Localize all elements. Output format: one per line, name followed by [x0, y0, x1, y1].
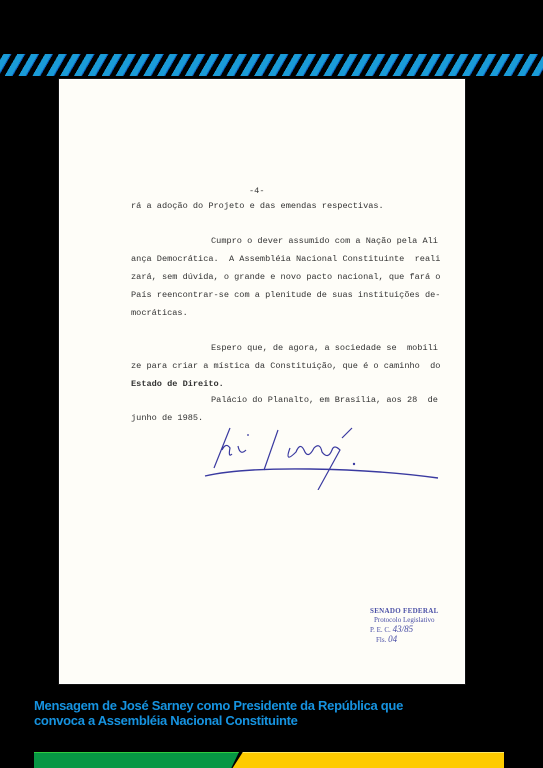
- text-line: Palácio do Planalto, em Brasília, aos 28…: [211, 395, 438, 405]
- text-line: rá a adoção do Projeto e das emendas res…: [131, 201, 384, 211]
- stamp-pec-value: 43/85: [393, 624, 414, 634]
- caption-line-2: convoca a Assembléia Nacional Constituin…: [34, 713, 454, 728]
- text-line: junho de 1985.: [131, 413, 203, 423]
- green-band: [34, 752, 239, 768]
- text-line: País reencontrar-se com a plenitude de s…: [131, 290, 440, 300]
- document-page: -4- rá a adoção do Projeto e das emendas…: [59, 79, 465, 684]
- text-line: Espero que, de agora, a sociedade se mob…: [211, 343, 438, 353]
- text-line: mocráticas.: [131, 308, 188, 318]
- stamp-line1: Protocolo Legislativo: [370, 616, 490, 625]
- text-line: ança Democrática. A Assembléia Nacional …: [131, 254, 440, 264]
- text-line: Cumpro o dever assumido com a Nação pela…: [211, 236, 438, 246]
- stamp-title: SENADO FEDERAL: [370, 607, 490, 616]
- text-line: ze para criar a mística da Constituição,…: [131, 361, 440, 371]
- caption: Mensagem de José Sarney como Presidente …: [34, 698, 454, 728]
- caption-line-1: Mensagem de José Sarney como Presidente …: [34, 698, 454, 713]
- page-number-text: -4-: [249, 186, 264, 196]
- stamp-pec-label: P. E. C.: [370, 626, 391, 634]
- decorative-stripe-band: [0, 54, 543, 76]
- stamp-line3: Fls. 04: [370, 635, 490, 645]
- text-line: zará, sem dúvida, o grande e novo pacto …: [131, 272, 440, 282]
- text-line-bold: Estado de Direito.: [131, 379, 224, 389]
- signature: [200, 420, 440, 490]
- senate-protocol-stamp: SENADO FEDERAL Protocolo Legislativo P. …: [370, 607, 490, 663]
- stamp-fls-value: 04: [388, 634, 397, 644]
- stamp-fls-label: Fls.: [376, 636, 386, 644]
- yellow-band: [232, 752, 504, 768]
- flag-color-band: [34, 752, 504, 768]
